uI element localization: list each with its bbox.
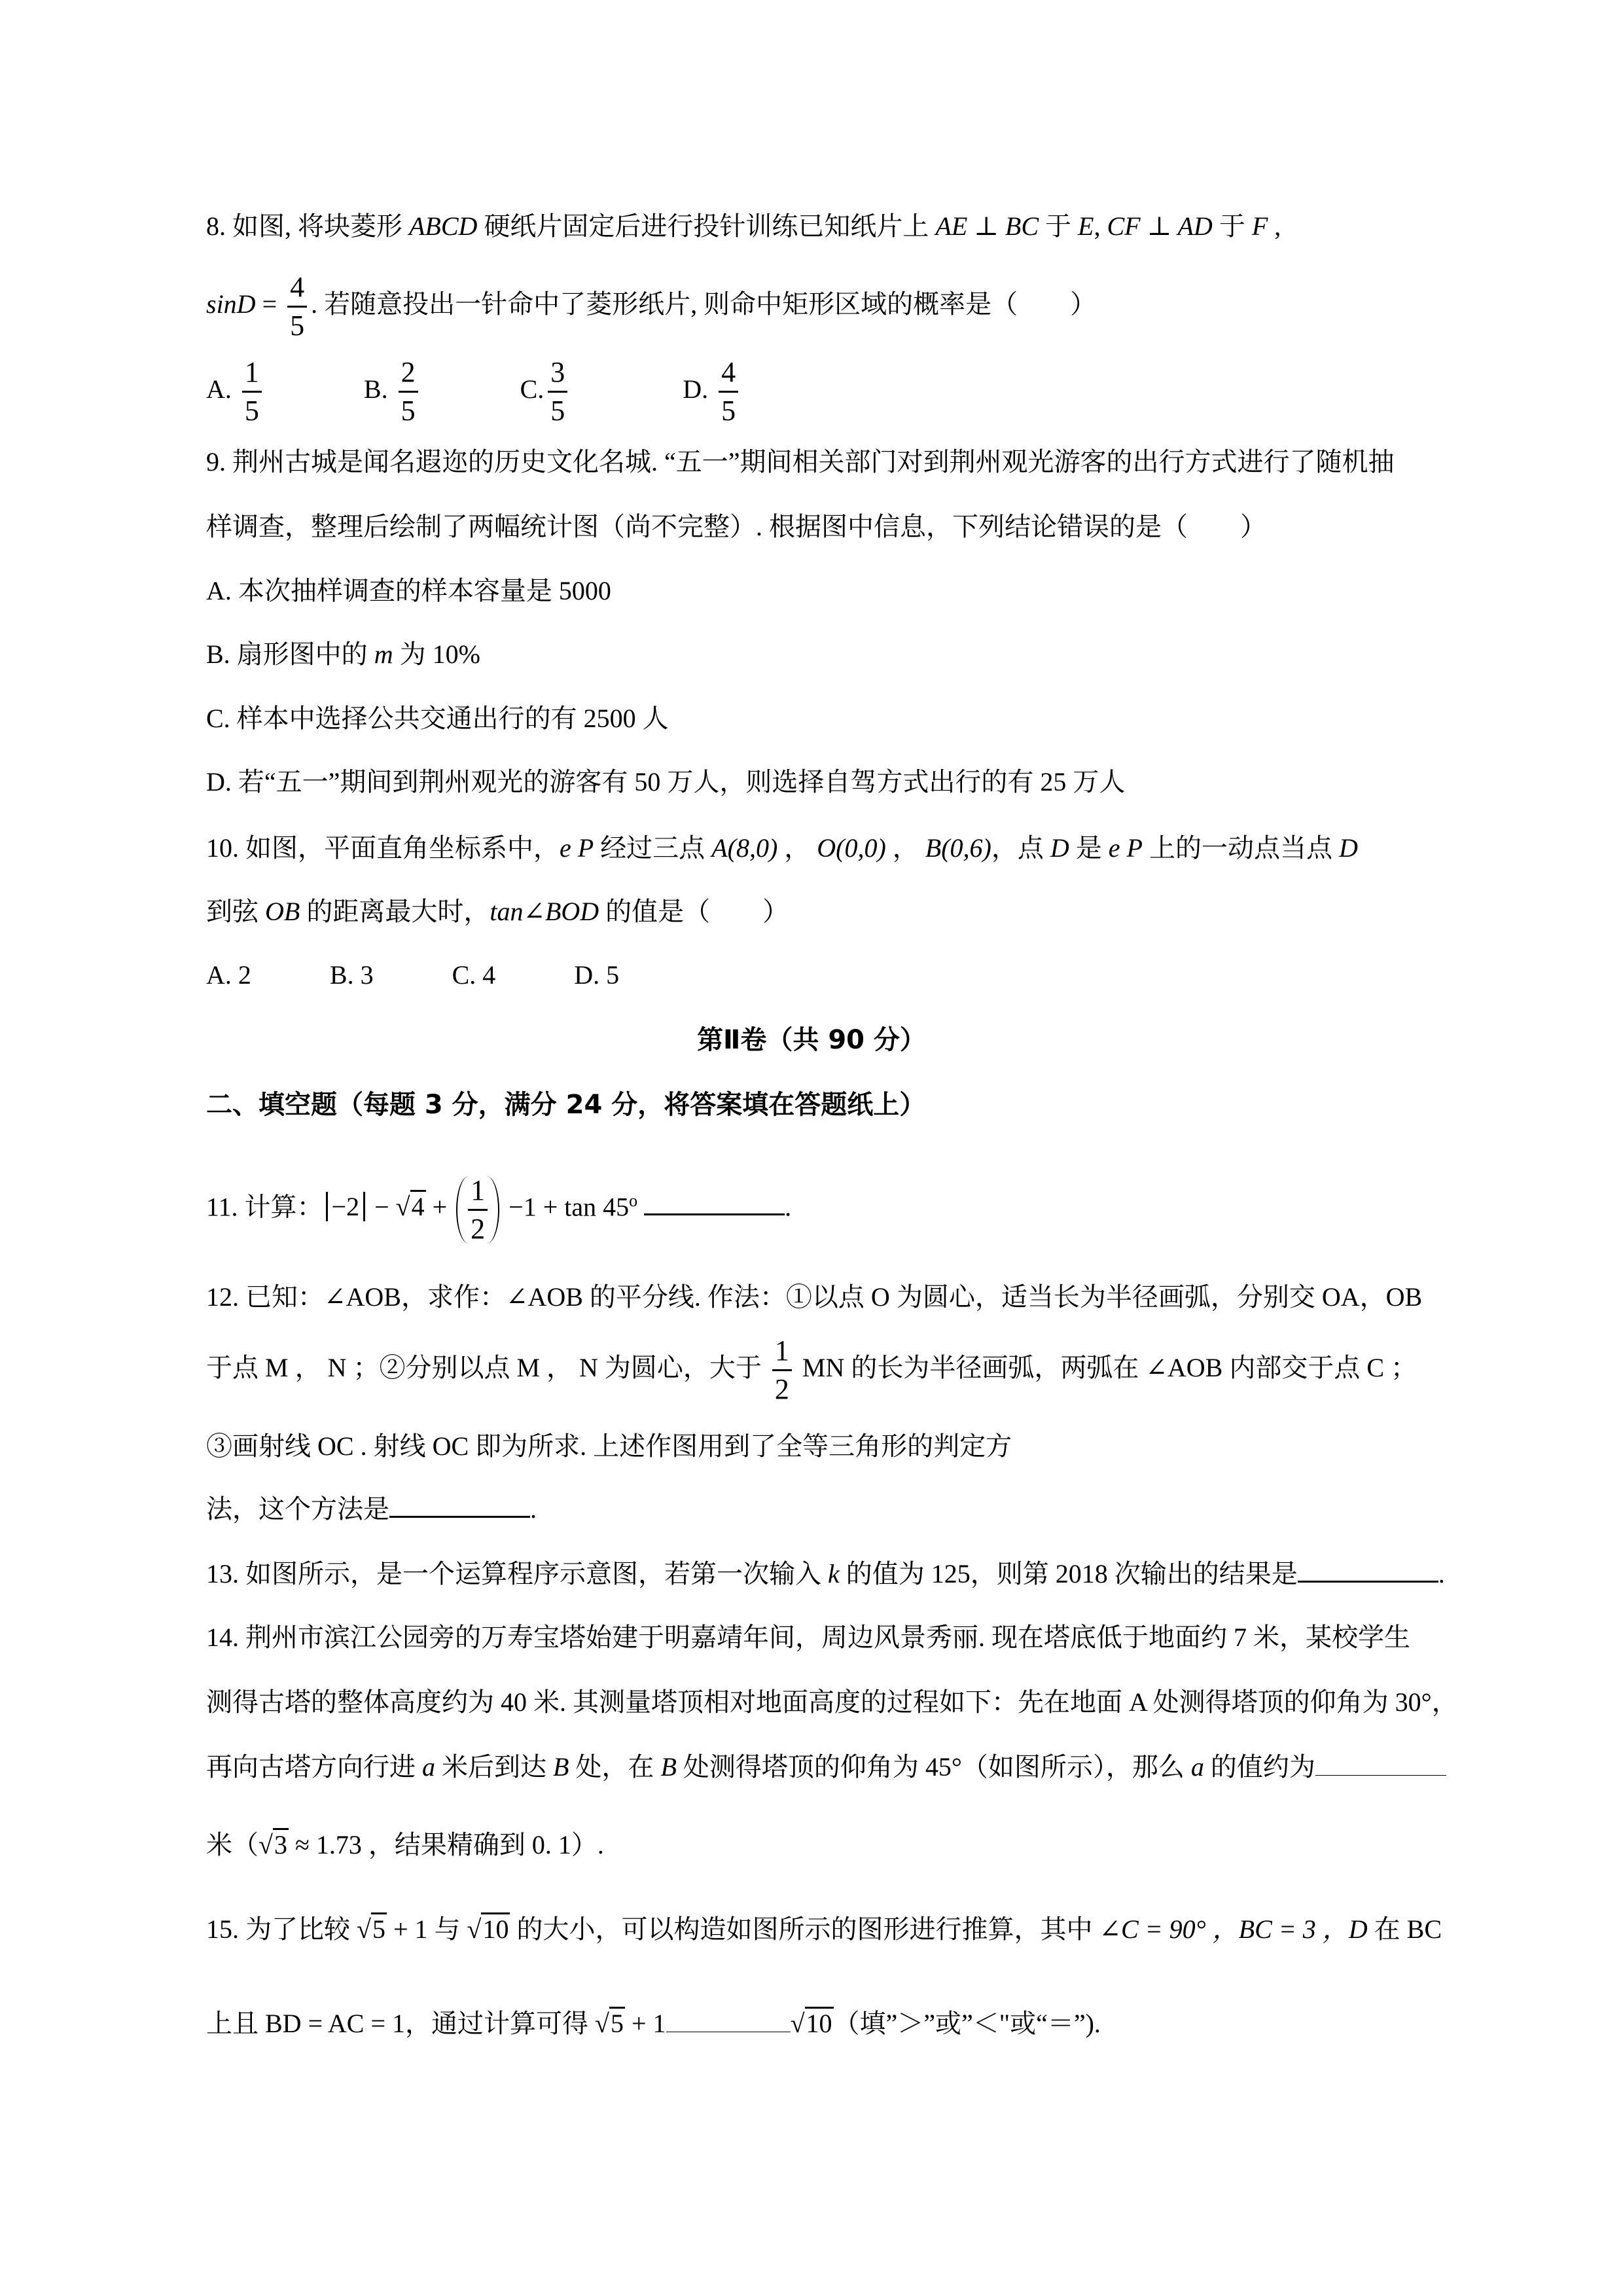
q8-prefix: 8. 如图, 将块菱形 xyxy=(206,211,409,241)
q10-line2: 到弦 OB 的距离最大时，tan∠BOD 的值是（ ） xyxy=(206,893,789,930)
numerator: 1 xyxy=(468,1176,488,1211)
q8-sind: sinD xyxy=(206,289,256,319)
variable-a: a xyxy=(1191,1752,1204,1782)
q11-line: 11. 计算：−2 − √4 + 12 −1 + tan 45o. xyxy=(206,1158,791,1249)
section-title: 第Ⅱ卷（共 90 分） xyxy=(0,1022,1623,1058)
q12-text: 法，这个方法是 xyxy=(206,1494,389,1524)
point-d: D xyxy=(1349,1914,1368,1944)
q15-text: + 1 xyxy=(625,2009,666,2038)
denominator: 5 xyxy=(245,393,259,425)
point-b: B(0,6) xyxy=(925,833,991,863)
q11-rest: −1 + tan 45 xyxy=(502,1192,629,1221)
absolute-value: −2 xyxy=(326,1192,366,1221)
q14-line3: 再向古塔方向行进 a 米后到达 B 处，在 B 处测得塔顶的仰角为 45°（如图… xyxy=(206,1749,1446,1785)
q9-option-a[interactable]: A. 本次抽样调查的样本容量是 5000 xyxy=(206,573,611,609)
q10-text: 的值是（ ） xyxy=(599,897,789,926)
q14-line2: 测得古塔的整体高度约为 40 米. 其测量塔顶相对地面高度的过程如下：先在地面 … xyxy=(206,1684,1458,1721)
q8-text: , xyxy=(1268,211,1281,241)
q10-option-a[interactable]: A. 2 xyxy=(206,957,251,994)
q12-answer-blank[interactable] xyxy=(389,1491,530,1518)
denominator: 5 xyxy=(401,393,416,425)
q14-text: 处测得塔顶的仰角为 45°（如图所示），那么 xyxy=(677,1752,1191,1782)
q8-option-c[interactable]: C.35 xyxy=(520,344,572,435)
denominator: 5 xyxy=(290,308,304,340)
separator: ， xyxy=(777,833,817,863)
period: . xyxy=(1438,1559,1445,1588)
point-b: B xyxy=(660,1752,676,1782)
fraction-1-2: 12 xyxy=(772,1336,792,1404)
q12-line1: 12. 已知：∠AOB，求作：∠AOB 的平分线. 作法：①以点 O 为圆心，适… xyxy=(206,1279,1422,1316)
radicand: 5 xyxy=(609,2007,625,2038)
option-fraction: 15 xyxy=(242,358,262,425)
q8-option-b[interactable]: B. 25 xyxy=(364,344,422,435)
radicand: 3 xyxy=(273,1828,289,1859)
q9-line2: 样调查，整理后绘制了两幅统计图（尚不完整）. 根据图中信息，下列结论错误的是（ … xyxy=(206,509,1266,545)
q15-line1: 15. 为了比较 √5 + 1 与 √10 的大小，可以构造如图所示的图形进行推… xyxy=(206,1911,1442,1948)
radicand: 5 xyxy=(371,1912,387,1944)
option-fraction: 35 xyxy=(548,358,567,425)
degree-sign: o xyxy=(629,1191,637,1210)
numerator: 3 xyxy=(548,358,567,393)
q14-text: 的值约为 xyxy=(1204,1752,1315,1782)
q10-text: 经过三点 xyxy=(594,833,711,863)
q10-option-b[interactable]: B. 3 xyxy=(330,957,374,994)
q14-text: 米（ xyxy=(206,1830,259,1859)
q14-text: 处，在 xyxy=(569,1752,660,1782)
option-label: A. xyxy=(206,374,238,404)
q8-point-f: F xyxy=(1252,211,1268,241)
q10-text: 是 xyxy=(1069,833,1109,863)
option-label: B. xyxy=(364,374,395,404)
denominator: 5 xyxy=(721,393,736,425)
q8-text: 硬纸片固定后进行投针训练已知纸片上 xyxy=(477,211,935,241)
q8-line2: sinD = 45. 若随意投出一针命中了菱形纸片, 则命中矩形区域的概率是（ … xyxy=(206,259,1096,350)
q9-option-d[interactable]: D. 若“五一”期间到荆州观光的游客有 50 万人，则选择自驾方式出行的有 25… xyxy=(206,764,1125,800)
q8-fraction-4-5: 45 xyxy=(287,273,307,340)
sqrt-3: √3 xyxy=(259,1827,289,1863)
denominator: 2 xyxy=(775,1371,789,1404)
q15-text: （填”＞”或”＜"或“＝”). xyxy=(834,2009,1101,2038)
numerator: 4 xyxy=(719,358,738,393)
q10-option-c[interactable]: C. 4 xyxy=(452,957,496,994)
q9-option-b[interactable]: B. 扇形图中的 m 为 10% xyxy=(206,636,480,673)
option-text: B. 扇形图中的 xyxy=(206,639,374,669)
numerator: 1 xyxy=(772,1336,792,1371)
section-heading: 二、填空题（每题 3 分，满分 24 分，将答案填在答题纸上） xyxy=(206,1086,925,1123)
q10-text: 到弦 xyxy=(206,897,265,926)
q11-prefix: 11. 计算： xyxy=(206,1192,323,1221)
q14-line1: 14. 荆州市滨江公园旁的万寿宝塔始建于明嘉靖年间，周边风景秀丽. 现在塔底低于… xyxy=(206,1619,1410,1656)
q8-text: 于 xyxy=(1213,211,1252,241)
numerator: 1 xyxy=(242,358,262,393)
point-b: B xyxy=(553,1752,569,1782)
sqrt-10: √10 xyxy=(791,2005,834,2042)
q14-line4: 米（√3 ≈ 1.73 ，结果精确到 0. 1）. xyxy=(206,1827,604,1863)
q10-text: 上的一动点当点 xyxy=(1143,833,1339,863)
fraction-1-2: 12 xyxy=(468,1176,488,1244)
q9-option-c[interactable]: C. 样本中选择公共交通出行的有 2500 人 xyxy=(206,700,669,737)
sqrt-10: √10 xyxy=(467,1911,510,1948)
q14-text: 再向古塔方向行进 xyxy=(206,1752,422,1782)
q8-text: , xyxy=(1094,211,1107,241)
separator: ， xyxy=(886,833,925,863)
option-label: C. xyxy=(520,374,544,404)
sqrt-5: √5 xyxy=(357,1911,387,1948)
radicand: 10 xyxy=(481,1912,510,1944)
q14-answer-blank[interactable] xyxy=(1315,1750,1446,1776)
q12-text: 于点 M ， N ；②分别以点 M ， N 为圆心，大于 xyxy=(206,1353,768,1382)
operator: + xyxy=(426,1192,454,1221)
q8-question-text: . 若随意投出一针命中了菱形纸片, 则命中矩形区域的概率是（ ） xyxy=(311,289,1096,319)
q10-text: 10. 如图，平面直角坐标系中， xyxy=(206,833,560,863)
circle-p: e P xyxy=(560,833,594,863)
q13-text: 的值为 125，则第 2018 次输出的结果是 xyxy=(840,1559,1298,1588)
q13-line: 13. 如图所示，是一个运算程序示意图，若第一次输入 k 的值为 125，则第 … xyxy=(206,1556,1445,1592)
radicand: 10 xyxy=(805,2007,834,2038)
point-d: D xyxy=(1050,833,1069,863)
q10-line1: 10. 如图，平面直角坐标系中，e P 经过三点 A(8,0) ， O(0,0)… xyxy=(206,830,1358,867)
chord-ob: OB xyxy=(265,897,300,926)
option-label: D. xyxy=(683,374,715,404)
q15-line2: 上且 BD = AC = 1，通过计算可得 √5 + 1√10（填”＞”或”＜"… xyxy=(206,2005,1101,2042)
variable-a: a xyxy=(422,1752,435,1782)
angle-c: ∠C = 90° xyxy=(1099,1914,1205,1944)
bc-length: ，BC = 3 ， xyxy=(1206,1914,1349,1944)
q15-answer-blank[interactable] xyxy=(666,2007,791,2032)
point-o: O(0,0) xyxy=(817,833,886,863)
q12-text: MN 的长为半径画弧，两弧在 ∠AOB 内部交于点 C ； xyxy=(796,1353,1417,1382)
point-d: D xyxy=(1339,833,1358,863)
q15-text: 在 BC xyxy=(1368,1914,1442,1944)
period: . xyxy=(785,1192,791,1221)
q8-option-d[interactable]: D. 45 xyxy=(683,344,742,435)
radicand: 4 xyxy=(410,1190,426,1221)
q8-text: 于 xyxy=(1039,211,1078,241)
q10-option-d[interactable]: D. 5 xyxy=(574,957,619,994)
variable-k: k xyxy=(828,1559,840,1588)
q8-cf-perp-ad: CF ⊥ AD xyxy=(1107,211,1212,241)
q14-text: ≈ 1.73 ，结果精确到 0. 1）. xyxy=(289,1830,604,1859)
point-a: A(8,0) xyxy=(711,833,777,863)
numerator: 4 xyxy=(287,273,307,308)
denominator: 5 xyxy=(550,393,565,425)
q8-option-a[interactable]: A. 15 xyxy=(206,344,266,435)
q13-text: 13. 如图所示，是一个运算程序示意图，若第一次输入 xyxy=(206,1559,828,1588)
q11-answer-blank[interactable] xyxy=(644,1189,785,1215)
q15-text: 的大小，可以构造如图所示的图形进行推算，其中 xyxy=(510,1914,1099,1944)
sqrt-4: √4 xyxy=(396,1164,426,1249)
q8-equals: = xyxy=(256,289,284,319)
q10-text: 的距离最大时， xyxy=(300,897,490,926)
tan-bod: tan∠BOD xyxy=(490,897,599,926)
numerator: 2 xyxy=(399,358,418,393)
q10-text: ，点 xyxy=(991,833,1050,863)
q12-line3: ③画射线 OC . 射线 OC 即为所求. 上述作图用到了全等三角形的判定方 xyxy=(206,1428,1012,1465)
q15-text: + 1 与 xyxy=(387,1914,467,1944)
option-fraction: 25 xyxy=(399,358,418,425)
q8-point-e: E xyxy=(1078,211,1094,241)
q10-options: A. 2B. 3C. 4D. 5 xyxy=(206,957,678,994)
q8-options: A. 15 B. 25 C.35 D. 45 xyxy=(206,344,801,435)
denominator: 2 xyxy=(471,1211,485,1244)
option-fraction: 45 xyxy=(719,358,738,425)
q12-line4: 法，这个方法是. xyxy=(206,1491,537,1528)
q9-line1: 9. 荆州古城是闻名遐迩的历史文化名城. “五一”期间相关部门对到荆州观光游客的… xyxy=(206,444,1395,480)
sqrt-5: √5 xyxy=(595,2005,625,2042)
variable-m: m xyxy=(374,639,393,669)
q13-answer-blank[interactable] xyxy=(1298,1556,1438,1583)
circle-p: e P xyxy=(1109,833,1143,863)
q8-line1: 8. 如图, 将块菱形 ABCD 硬纸片固定后进行投针训练已知纸片上 AE ⊥ … xyxy=(206,208,1281,245)
q12-line2: 于点 M ， N ；②分别以点 M ， N 为圆心，大于 12 MN 的长为半径… xyxy=(206,1325,1417,1410)
q15-text: 上且 BD = AC = 1，通过计算可得 xyxy=(206,2009,595,2038)
q8-ae-perp-bc: AE ⊥ BC xyxy=(935,211,1039,241)
operator: − xyxy=(368,1192,396,1221)
q8-rhombus-name: ABCD xyxy=(409,211,477,241)
q15-text: 15. 为了比较 xyxy=(206,1914,357,1944)
paren-fraction: 12 xyxy=(456,1176,499,1244)
q14-text: 米后到达 xyxy=(435,1752,553,1782)
option-text: 为 10% xyxy=(393,639,480,669)
period: . xyxy=(530,1494,537,1524)
